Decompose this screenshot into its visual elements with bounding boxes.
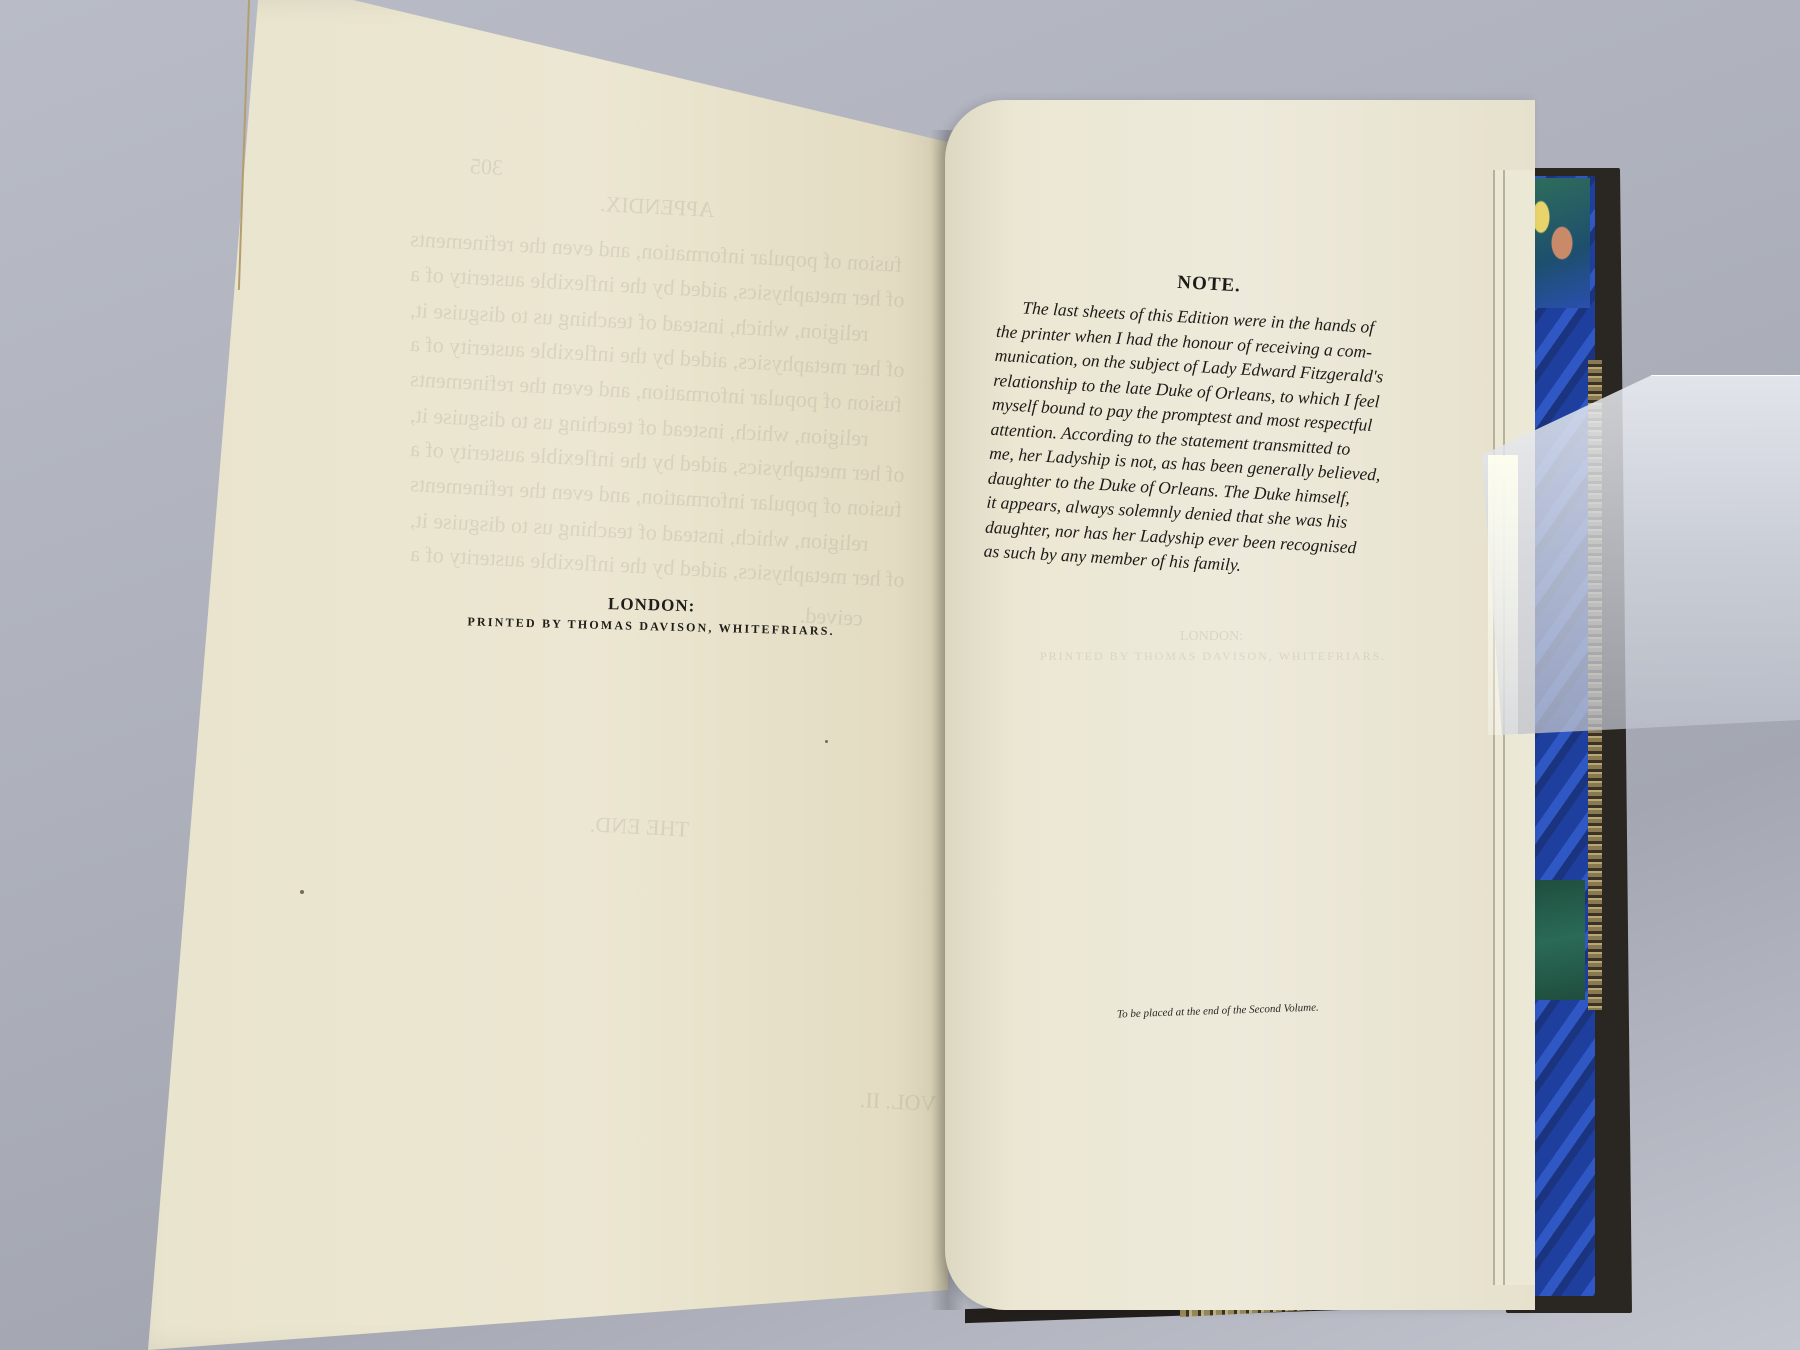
left-page-show-through-page-number: 305 [469,149,504,184]
right-page-show-through-printer: PRINTED BY THOMAS DAVISON, WHITEFRIARS. [1040,640,1386,673]
paper-speck [300,890,304,894]
left-page-show-through-volume: VOL. II. [859,1083,937,1120]
note-section: NOTE. The last sheets of this Edition we… [983,262,1419,586]
open-book: 305 APPENDIX. fusion of popular informat… [0,0,1800,1350]
acrylic-highlight [1488,455,1518,735]
note-body: The last sheets of this Edition were in … [983,294,1417,587]
left-page [148,0,960,1350]
paper-speck [825,740,828,743]
left-page-show-through-the-end: THE END. [589,807,690,845]
left-page-show-through-heading: APPENDIX. [599,187,715,226]
